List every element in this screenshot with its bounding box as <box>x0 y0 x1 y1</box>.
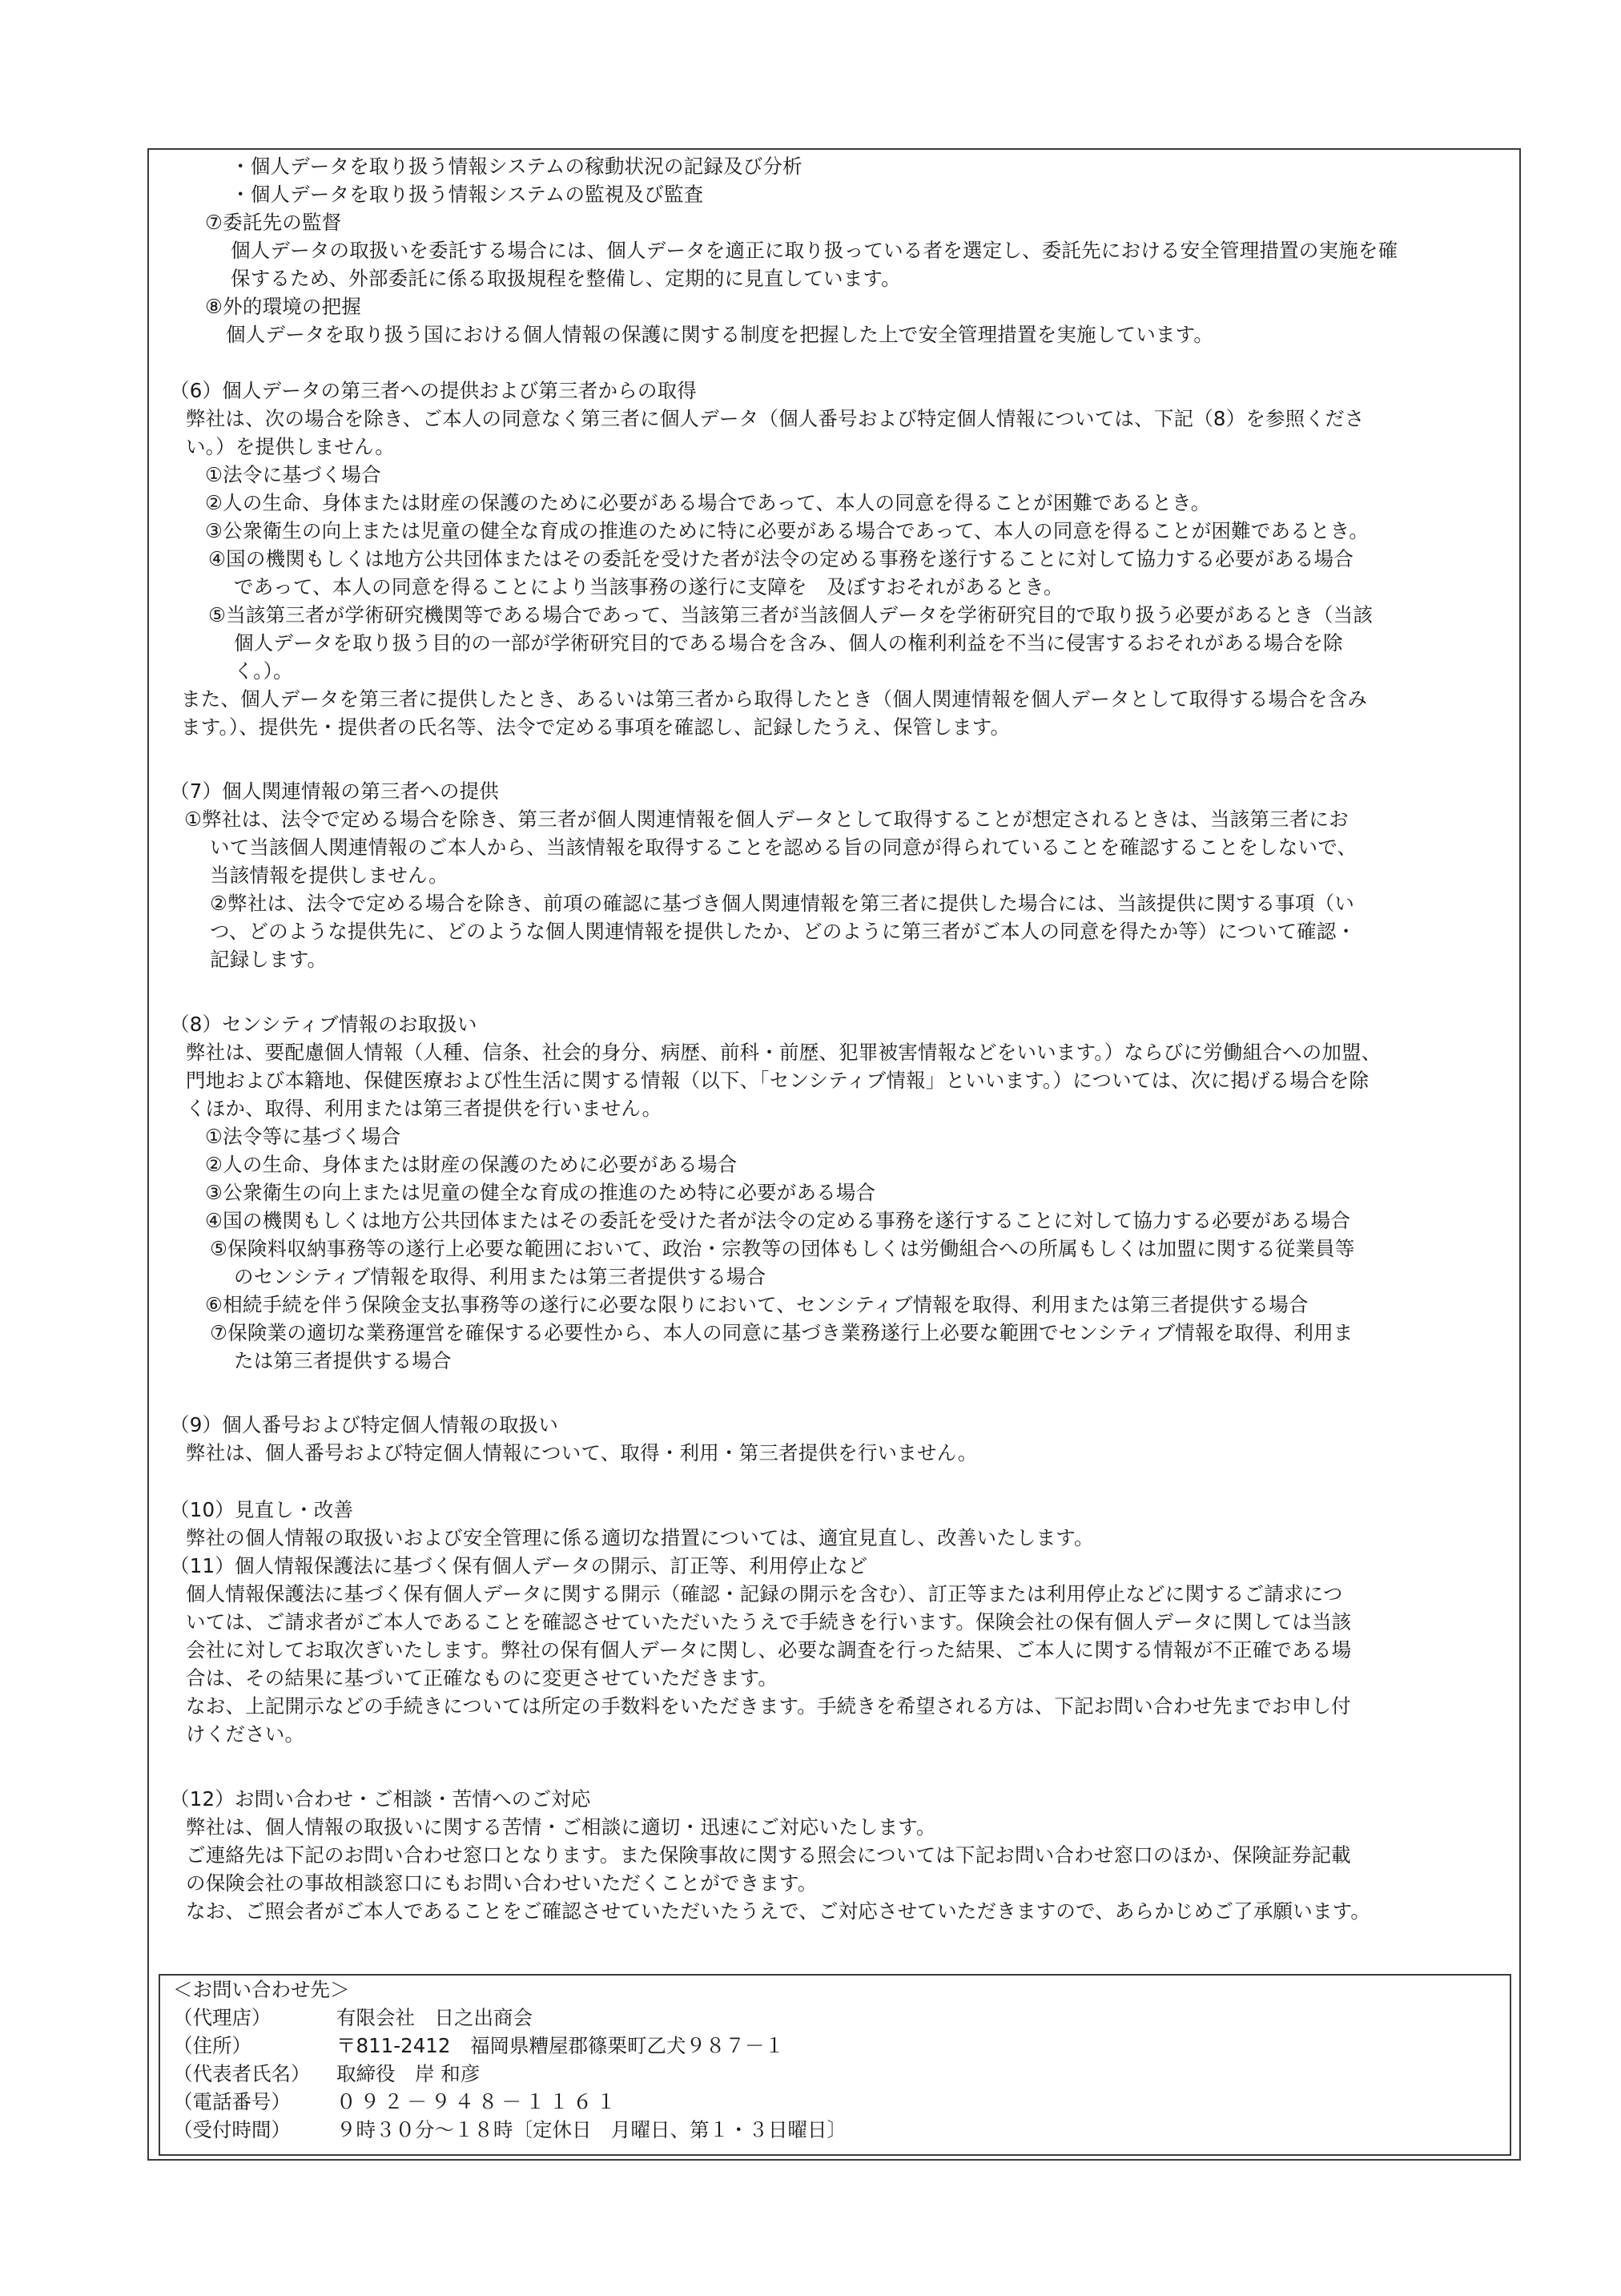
contact-label-representative: （代表者氏名） <box>173 2060 311 2088</box>
paragraph-line: 弊社は、個人情報の取扱いに関する苦情・ご相談に適切・迅速にご対応いたします。 <box>186 1814 936 1841</box>
section-heading-7: （7）個人関連情報の第三者への提供 <box>170 778 499 805</box>
subheading-outsourcing: ⑦委託先の監督 <box>205 209 341 236</box>
list-item: ①弊社は、法令で定める場合を除き、第三者が個人関連情報を個人データとして取得する… <box>184 806 1349 833</box>
contact-value-hours: ９時３０分～１８時〔定休日 月曜日、第１・３日曜日〕 <box>336 2117 847 2144</box>
list-item-continuation: たは第三者提供する場合 <box>234 1347 452 1375</box>
paragraph-line: の保険会社の事故相談窓口にもお問い合わせいただくことができます。 <box>186 1870 817 1897</box>
list-item-continuation: 当該情報を提供しません。 <box>210 862 448 889</box>
list-item: ①法令に基づく場合 <box>205 461 381 489</box>
bullet-line: ・個人データを取り扱う情報システムの稼動状況の記録及び分析 <box>231 153 802 180</box>
paragraph-line: 合は、その結果に基づいて正確なものに変更させていただきます。 <box>186 1665 778 1692</box>
paragraph-line: 会社に対してお取次ぎいたします。弊社の保有個人データに関し、必要な調査を行った結… <box>186 1637 1351 1664</box>
list-item: ①法令等に基づく場合 <box>205 1123 400 1150</box>
paragraph-line: 門地および本籍地、保健医療および性生活に関する情報（以下、「センシティブ情報」と… <box>186 1067 1369 1094</box>
section-heading-6: （6）個人データの第三者への提供および第三者からの取得 <box>170 377 697 405</box>
list-item: ③公衆衛生の向上または児童の健全な育成の推進のために特に必要がある場合であって、… <box>205 518 1369 545</box>
paragraph-line: ご連絡先は下記のお問い合わせ窓口となります。また保険事故に関する照会については下… <box>186 1842 1351 1869</box>
paragraph-line: また、個人データを第三者に提供したとき、あるいは第三者から取得したとき（個人関連… <box>181 686 1367 713</box>
paragraph-line: なお、ご照会者がご本人であることをご確認させていただいたうえで、ご対応させていた… <box>186 1898 1370 1925</box>
contact-heading: ＜お問い合わせ先＞ <box>173 1976 350 2004</box>
list-item-continuation: つ、どのような提供先に、どのような個人関連情報を提供したか、どのように第三者がご… <box>210 918 1356 945</box>
list-item: ④国の機関もしくは地方公共団体またはその委託を受けた者が法令の定める事務を遂行す… <box>208 546 1354 573</box>
list-item: ②人の生命、身体または財産の保護のために必要がある場合 <box>205 1151 737 1178</box>
contact-value-address: 〒811-2412 福岡県糟屋郡篠栗町乙犬９８７－１ <box>336 2032 784 2060</box>
list-item-continuation: 個人データを取り扱う目的の一部が学術研究目的である場合を含み、個人の権利利益を不… <box>234 630 1343 657</box>
section-heading-9: （9）個人番号および特定個人情報の取扱い <box>170 1412 558 1439</box>
section-heading-11: （11）個人情報保護法に基づく保有個人データの開示、訂正等、利用停止など <box>170 1553 867 1580</box>
list-item: ②弊社は、法令で定める場合を除き、前項の確認に基づき個人関連情報を第三者に提供し… <box>210 890 1354 917</box>
paragraph-line: い。）を提供しません。 <box>186 433 395 461</box>
paragraph-line: 弊社は、個人番号および特定個人情報について、取得・利用・第三者提供を行いません。 <box>186 1440 978 1467</box>
section-heading-12: （12）お問い合わせ・ご相談・苦情へのご対応 <box>170 1786 591 1813</box>
paragraph-line: いては、ご請求者がご本人であることを確認させていただいたうえで手続きを行います。… <box>186 1609 1351 1636</box>
list-item: ②人の生命、身体または財産の保護のために必要がある場合であって、本人の同意を得る… <box>205 489 1210 517</box>
list-item: ⑤保険料収納事務等の遂行上必要な範囲において、政治・宗教等の団体もしくは労働組合… <box>210 1235 1355 1263</box>
contact-label-agency: （代理店） <box>173 2004 272 2032</box>
list-item: ⑥相続手続を伴う保険金支払事務等の遂行に必要な限りにおいて、センシティブ情報を取… <box>205 1291 1309 1319</box>
list-item-continuation: く。）。 <box>234 658 293 685</box>
paragraph-line: けください。 <box>186 1721 304 1748</box>
list-item: ③公衆衛生の向上または児童の健全な育成の推進のため特に必要がある場合 <box>205 1179 875 1206</box>
list-item: ⑤当該第三者が学術研究機関等である場合であって、当該第三者が当該個人データを学術… <box>208 602 1373 629</box>
bullet-line: ・個人データを取り扱う情報システムの監視及び監査 <box>231 181 703 208</box>
paragraph-line: 弊社の個人情報の取扱いおよび安全管理に係る適切な措置については、適宜見直し、改善… <box>186 1525 1094 1552</box>
list-item-continuation: のセンシティブ情報を取得、利用または第三者提供する場合 <box>234 1263 766 1291</box>
contact-label-hours: （受付時間） <box>173 2117 291 2144</box>
contact-label-address: （住所） <box>173 2032 251 2060</box>
contact-value-agency: 有限会社 日之出商会 <box>336 2004 533 2032</box>
list-item: ⑦保険業の適切な業務運営を確保する必要性から、本人の同意に基づき業務遂行上必要な… <box>210 1319 1354 1347</box>
list-item-continuation: いて当該個人関連情報のご本人から、当該情報を取得することを認める旨の同意が得られ… <box>210 834 1357 861</box>
contact-value-phone: ０９２－９４８－１１６１ <box>336 2089 620 2116</box>
list-item: ④国の機関もしくは地方公共団体またはその委託を受けた者が法令の定める事務を遂行す… <box>205 1207 1350 1235</box>
paragraph-line: くほか、取得、利用または第三者提供を行いません。 <box>186 1095 662 1122</box>
paragraph-line: 弊社は、次の場合を除き、ご本人の同意なく第三者に個人データ（個人番号および特定個… <box>186 405 1365 433</box>
list-item-continuation: 記録します。 <box>210 946 327 973</box>
paragraph-line: 個人情報保護法に基づく保有個人データに関する開示（確認・記録の開示を含む）、訂正… <box>186 1581 1343 1608</box>
contact-label-phone: （電話番号） <box>173 2089 291 2116</box>
paragraph-line: 保するため、外部委託に係る取扱規程を整備し、定期的に見直しています。 <box>231 265 901 292</box>
paragraph-line: 個人データの取扱いを委託する場合には、個人データを適正に取り扱っている者を選定し… <box>231 237 1398 264</box>
contact-value-representative: 取締役 岸 和彦 <box>336 2060 480 2088</box>
list-item-continuation: であって、本人の同意を得ることにより当該事務の遂行に支障を 及ぼすおそれがあると… <box>234 574 1064 601</box>
paragraph-line: 個人データを取り扱う国における個人情報の保護に関する制度を把握した上で安全管理措… <box>226 321 1213 348</box>
paragraph-line: ます。）、提供先・提供者の氏名等、法令で定める事項を確認し、記録したうえ、保管し… <box>181 714 1010 741</box>
section-heading-10: （10）見直し・改善 <box>170 1496 353 1524</box>
paragraph-line: 弊社は、要配慮個人情報（人種、信条、社会的身分、病歴、前科・前歴、犯罪被害情報な… <box>186 1039 1381 1066</box>
paragraph-line: なお、上記開示などの手続きについては所定の手数料をいただきます。手続きを希望され… <box>186 1693 1351 1720</box>
section-heading-8: （8）センシティブ情報のお取扱い <box>170 1011 477 1038</box>
subheading-external-environment: ⑧外的環境の把握 <box>205 293 361 320</box>
